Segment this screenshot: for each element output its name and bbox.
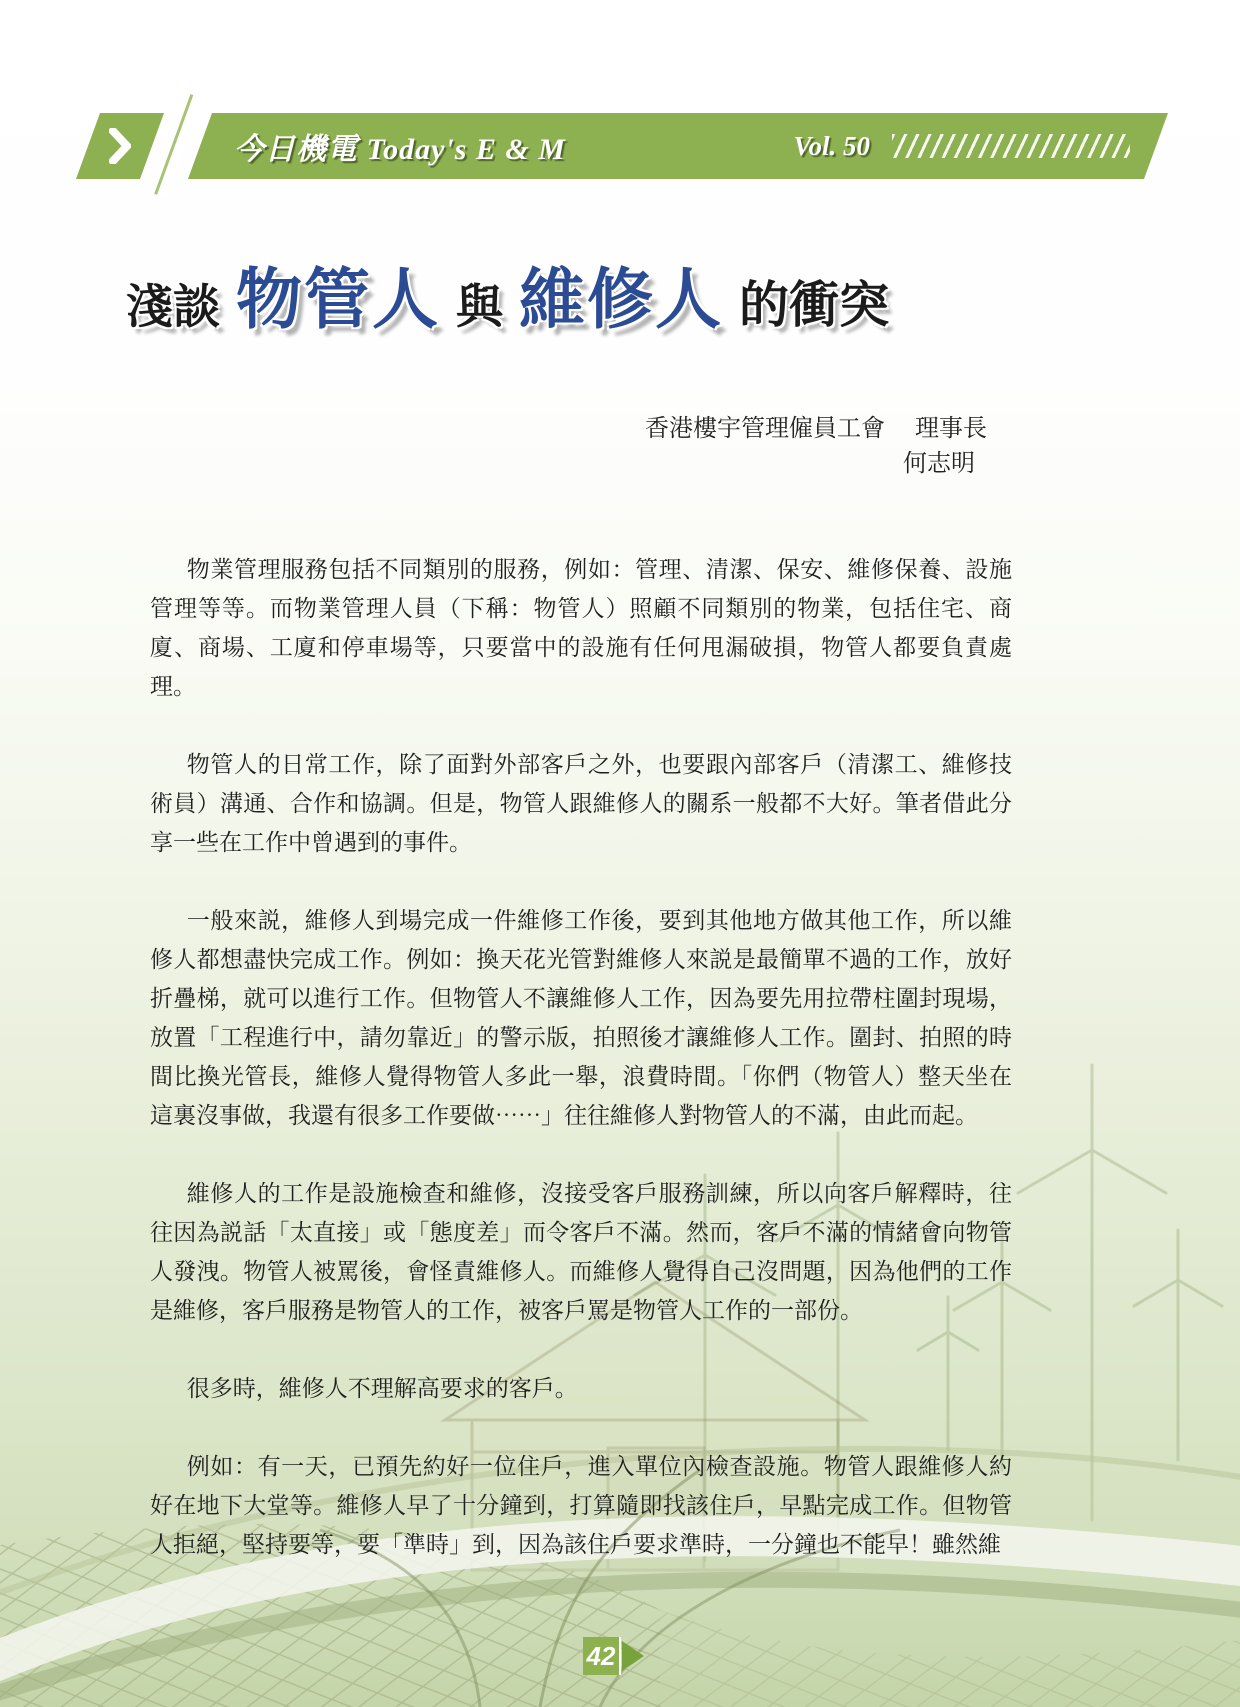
paragraph: 很多時，維修人不理解高要求的客戶。	[150, 1369, 1012, 1408]
title-segment-highlight: 物管人	[236, 246, 440, 341]
paragraph: 物業管理服務包括不同類別的服務，例如：管理、清潔、保安、維修保養、設施管理等等。…	[150, 550, 1012, 706]
header-slash-divider	[154, 94, 202, 198]
volume-label: Vol. 50	[793, 131, 870, 162]
author-affiliation-line: 香港樓宇管理僱員工會理事長	[150, 412, 1012, 447]
title-segment: 的衝突	[739, 265, 889, 341]
magazine-page: 今日機電 Today's E & M Vol. 50 淺談 物管人 與 維修人 …	[0, 0, 1240, 1707]
paragraph: 物管人的日常工作，除了面對外部客戶之外，也要跟內部客戶（清潔工、維修技術員）溝通…	[150, 745, 1012, 862]
chevron-right-icon	[109, 128, 131, 164]
author-organization: 香港樓宇管理僱員工會	[645, 416, 885, 442]
header-chevron-box	[76, 113, 164, 179]
paragraph: 維修人的工作是設施檢查和維修，沒接受客戶服務訓練，所以向客戶解釋時，往往因為説話…	[150, 1174, 1012, 1330]
page-arrow-icon	[622, 1641, 644, 1671]
paragraph: 例如：有一天，已預先約好一位住戶，進入單位內檢查設施。物管人跟維修人約好在地下大…	[150, 1447, 1012, 1564]
article-title: 淺談 物管人 與 維修人 的衝突	[126, 246, 889, 341]
header-banner-strip: 今日機電 Today's E & M Vol. 50	[188, 113, 1168, 179]
page-header-banner: 今日機電 Today's E & M Vol. 50	[88, 113, 1156, 179]
hatch-stripes-decoration	[892, 134, 1130, 158]
title-segment: 與	[456, 270, 503, 341]
author-role: 理事長	[915, 416, 987, 442]
magazine-title: 今日機電 Today's E & M	[234, 124, 566, 168]
author-block: 香港樓宇管理僱員工會理事長 何志明	[150, 412, 1012, 482]
title-segment-highlight: 維修人	[519, 246, 723, 341]
page-footer: 42	[583, 1637, 644, 1675]
page-number-badge: 42	[583, 1637, 621, 1675]
title-segment: 淺談	[126, 270, 220, 341]
article-body: 物業管理服務包括不同類別的服務，例如：管理、清潔、保安、維修保養、設施管理等等。…	[150, 550, 1012, 1603]
paragraph: 一般來説，維修人到場完成一件維修工作後，要到其他地方做其他工作，所以維修人都想盡…	[150, 901, 1012, 1135]
author-name: 何志明	[150, 447, 1012, 482]
